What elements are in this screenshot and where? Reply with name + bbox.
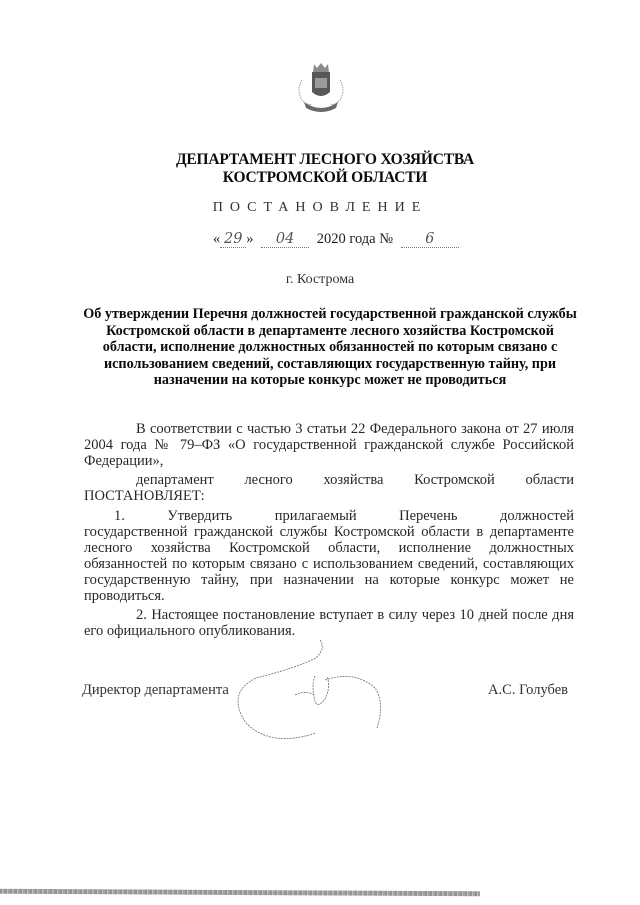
word: Утвердить [167,508,232,524]
word: департамент [136,472,214,488]
handwritten-signature-icon [225,640,425,750]
item-2-paragraph: 2. Настоящее постановление вступает в си… [84,607,574,639]
preamble-paragraph: В соответствии с частью 3 статьи 22 Феде… [84,421,574,469]
org-name-line2: КОСТРОМСКОЙ ОБЛАСТИ [5,168,640,187]
word: прилагаемый [275,508,357,524]
close-quote: » [246,231,253,247]
word: Костромской [414,472,495,488]
date-day: 29 [220,231,246,248]
resolve-paragraph: департамент лесного хозяйства Костромско… [84,472,574,504]
resolve-keyword: ПОСТАНОВЛЯЕТ: [84,488,574,504]
item-1-first-line: 1. Утвердить прилагаемый Перечень должно… [84,508,574,524]
city: г. Кострома [0,272,640,288]
org-name-line1: ДЕПАРТАМЕНТ ЛЕСНОГО ХОЗЯЙСТВА [5,150,640,169]
word: области [526,472,574,488]
date-line: «29» 04 2020 года № 6 [213,231,459,248]
open-quote: « [213,231,220,247]
document-number: 6 [401,231,459,248]
item-1-text: государственной гражданской службы Костр… [84,524,574,604]
signatory-name: А.С. Голубев [488,682,568,699]
item-1-paragraph: 1. Утвердить прилагаемый Перечень должно… [84,508,574,604]
word: хозяйства [323,472,383,488]
document-type: ПОСТАНОВЛЕНИЕ [0,200,640,216]
word: Перечень [399,508,457,524]
word: должностей [500,508,574,524]
document-page: ДЕПАРТАМЕНТ ЛЕСНОГО ХОЗЯЙСТВА КОСТРОМСКО… [0,0,640,905]
date-month: 04 [261,231,309,248]
scan-edge-divider [0,889,480,897]
document-title: Об утверждении Перечня должностей госуда… [82,306,578,389]
resolve-line: департамент лесного хозяйства Костромско… [84,472,574,488]
signatory-title: Директор департамента [82,682,229,699]
year-text: 2020 года № [317,231,393,247]
item-number: 1. [114,508,125,524]
coat-of-arms-icon [290,58,352,120]
word: лесного [244,472,292,488]
